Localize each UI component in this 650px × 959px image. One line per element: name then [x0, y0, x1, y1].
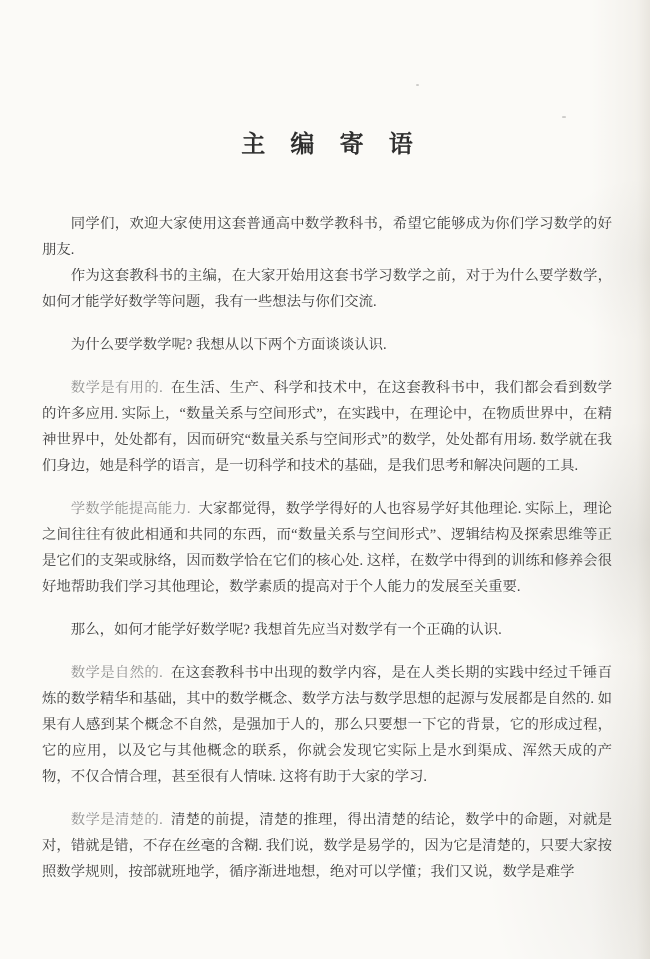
paragraph-text: 为什么要学数学呢? 我想从以下两个方面谈谈认识. [71, 337, 387, 353]
scanned-book-page: 主编寄语 同学们，欢迎大家使用这套普通高中数学教科书，希望它能够成为你们学习数学… [0, 0, 650, 959]
paragraph-math-is-clear: 数学是清楚的.清楚的前提，清楚的推理，得出清楚的结论，数学中的命题，对就是对，错… [42, 807, 612, 885]
paragraph-text: 作为这套教科书的主编，在大家开始用这套书学习数学之前，对于为什么要学数学，如何才… [42, 268, 612, 310]
page-title: 主编寄语 [42, 124, 612, 159]
paragraph-greeting: 同学们，欢迎大家使用这套普通高中数学教科书，希望它能够成为你们学习数学的好朋友. [42, 211, 612, 263]
page-body: 同学们，欢迎大家使用这套普通高中数学教科书，希望它能够成为你们学习数学的好朋友.… [42, 211, 612, 885]
paragraph-lead: 数学是自然的. [71, 665, 163, 681]
paragraph-lead: 学数学能提高能力. [71, 501, 191, 517]
paragraph-math-is-useful: 数学是有用的.在生活、生产、科学和技术中，在这套教科书中，我们都会看到数学的许多… [42, 375, 612, 479]
paragraph-lead: 数学是有用的. [71, 380, 163, 396]
scan-speck [416, 84, 419, 86]
paragraph-text: 同学们，欢迎大家使用这套普通高中数学教科书，希望它能够成为你们学习数学的好朋友. [42, 216, 612, 258]
paragraph-intro: 作为这套教科书的主编，在大家开始用这套书学习数学之前，对于为什么要学数学，如何才… [42, 263, 612, 315]
paragraph-lead: 数学是清楚的. [71, 812, 163, 828]
paragraph-why-learn-math: 为什么要学数学呢? 我想从以下两个方面谈谈认识. [42, 332, 612, 358]
paragraph-text: 在这套教科书中出现的数学内容，是在人类长期的实践中经过千锤百炼的数学精华和基础，… [42, 665, 612, 785]
scan-speck [562, 116, 566, 118]
paragraph-math-is-natural: 数学是自然的.在这套教科书中出现的数学内容，是在人类长期的实践中经过千锤百炼的数… [42, 660, 612, 790]
paragraph-math-improves-ability: 学数学能提高能力.大家都觉得，数学学得好的人也容易学好其他理论. 实际上，理论之… [42, 496, 612, 600]
paragraph-how-to-learn: 那么，如何才能学好数学呢? 我想首先应当对数学有一个正确的认识. [42, 617, 612, 643]
paragraph-text: 那么，如何才能学好数学呢? 我想首先应当对数学有一个正确的认识. [71, 622, 502, 638]
